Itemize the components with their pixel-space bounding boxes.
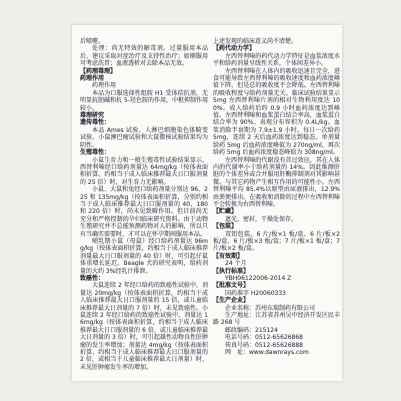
paragraph-teratogenicity: 小鼠、大鼠和兔经口给药剂量分别达 96、225 和 135mg/kg（按体表面积… [80, 186, 208, 238]
paragraph-fertility: 小鼠生育力和一般生殖毒性试验结果显示，西替利嗪经口给药剂量达 64mg/kg（按… [80, 157, 208, 187]
scan-background: 后喷嚏。 处理：尚无特效的解毒剂。过量服用本品后，建议采取对症治疗及支持性治疗；… [0, 0, 401, 401]
heading-executive-standard: 【执行标准】 [213, 268, 340, 275]
paragraph-mechanism: 本品为口服选择性组胺 H1 受体拮抗剂，无明显抗胆碱和抗 5-羟色胺的作用，中枢… [80, 90, 208, 112]
heading-manufacturer: 【生产企业】 [213, 297, 340, 304]
paragraph-packaging: 双铝包装。6 片/板×1 板/盒、6 片/板×2 板/盒、6 片/板×3 板/盒… [213, 231, 340, 253]
screenshot-root: { "document": { "kind": "drug-package-in… [0, 0, 401, 401]
paragraph-website: 网 址：www.dawnrays.com [213, 349, 340, 356]
paragraph-fax-number: 传真号码：0512-65626888 [213, 342, 340, 349]
package-insert-page: 后喷嚏。 处理：尚无特效的解毒剂。过量服用本品后，建议采取对症治疗及支持性治疗；… [72, 25, 342, 381]
paragraph-pk-metabolism: 左西替利嗪的代谢没有首过效应，其在人体内的代谢率小于给药剂量的 14%。因此推测… [213, 157, 340, 209]
heading-packaging: 【包装】 [213, 223, 340, 230]
heading-storage: 【贮藏】 [213, 208, 340, 215]
paragraph-overdose-handling: 处理：尚无特效的解毒剂。过量服用本品后，建议采取对症治疗及支持性治疗；如刚服用可… [80, 45, 208, 67]
paragraph-pharmacologic-action-label: 药理作用 [80, 82, 208, 89]
paragraph-company-address: 生产地址：江苏省苏州吴中经济开发区民丰路 268 号 [213, 312, 340, 327]
heading-approval-number: 【批准文号】 [213, 282, 340, 289]
heading-pharmacokinetics: 【药代动力学】 [213, 45, 340, 52]
paragraph-validity-period: 24 个月 [213, 260, 340, 267]
subheading-reproductive-toxicity: 生殖毒性： [80, 149, 208, 156]
paragraph-company-name: 企业名称：苏州东瑞制药有限公司 [213, 305, 340, 312]
paragraph-phone-number: 电话号码：0512-65626868 [213, 334, 340, 341]
paragraph-lactation: 哺乳期小鼠（母鼠）经口给药剂量达 96mg/kg（按体表面积折算，约相当于成人临… [80, 238, 208, 275]
left-column: 后喷嚏。 处理：尚无特效的解毒剂。过量服用本品后，建议采取对症治疗及支持性治疗；… [80, 38, 208, 371]
heading-pharmacology-toxicology: 【药理毒理】 [80, 68, 208, 75]
right-column: 上述发现的临床意义尚不清楚。 【药代动力学】 左西替利嗪的药代动力学特征是血浆浓… [213, 38, 340, 356]
subheading-genotoxicity: 遗传毒性： [80, 119, 208, 126]
paragraph-carcinogenicity: 大鼠连续 2 年经口给药的致癌性试验中，剂量达 20mg/kg（按体表面积折算，… [80, 282, 208, 371]
paragraph-genotoxicity: 本品 Ames 试验、人淋巴细胞染色体畸变试验、小鼠淋巴瘤试验和大鼠微核试验结果… [80, 127, 208, 149]
paragraph-pk-absorption: 左西替利嗪在人体内的吸收迅速且完全，进食可能导致左西替利嗪的吸收速度和血药浓度峰… [213, 68, 340, 157]
paragraph-pk-linearity: 左西替利嗪的药代动力学特征是血浆浓度水平和给药剂量呈线性关系，个体间差异小。 [213, 53, 340, 68]
